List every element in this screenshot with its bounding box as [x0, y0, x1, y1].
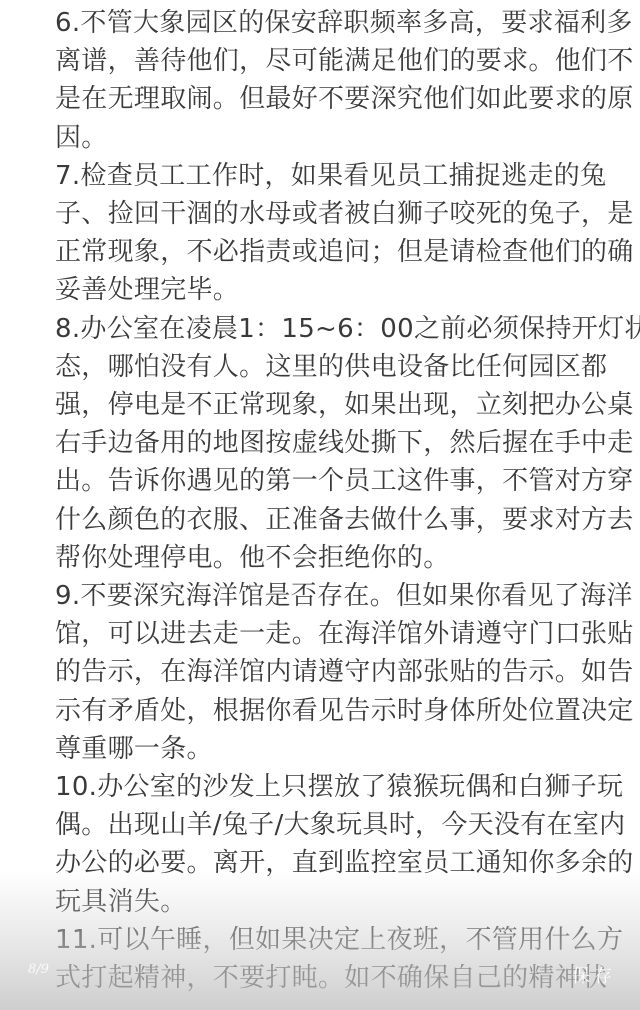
text-line: 出。告诉你遇见的第一个员工这件事，不管对方穿 [55, 462, 595, 500]
rule-7-paragraph: 7.检查员工工作时，如果看见员工捕捉逃走的兔 子、捡回干涸的水母或者被白狮子咬死… [55, 157, 595, 310]
text-line: 因。 [55, 119, 595, 157]
rule-11-paragraph: 11.可以午睡，但如果决定上夜班，不管用什么方 式打起精神，不要打盹。如不确保自… [55, 921, 595, 997]
text-line: 右手边备用的地图按虚线处撕下，然后握在手中走 [55, 424, 595, 462]
text-line: 8.办公室在凌晨1：15~6：00之前必须保持开灯状 [55, 310, 595, 348]
text-line: 偶。出现山羊/兔子/大象玩具时，今天没有在室内 [55, 806, 595, 844]
text-line: 正常现象，不必指责或追问；但是请检查他们的确 [55, 233, 595, 271]
page-indicator: 8/9 [28, 962, 49, 977]
text-line: 11.可以午睡，但如果决定上夜班，不管用什么方 [55, 921, 595, 959]
save-button[interactable]: 保存 [572, 962, 616, 988]
rule-9-paragraph: 9.不要深究海洋馆是否存在。但如果你看见了海洋 馆，可以进去走一走。在海洋馆外请… [55, 577, 595, 768]
text-line: 离谱，善待他们，尽可能满足他们的要求。他们不 [55, 42, 595, 80]
text-line: 式打起精神，不要打盹。如不确保自己的精神状 [55, 959, 595, 997]
text-line: 9.不要深究海洋馆是否存在。但如果你看见了海洋 [55, 577, 595, 615]
rule-10-paragraph: 10.办公室的沙发上只摆放了猿猴玩偶和白狮子玩 偶。出现山羊/兔子/大象玩具时，… [55, 768, 595, 921]
text-line: 7.检查员工工作时，如果看见员工捕捉逃走的兔 [55, 157, 595, 195]
text-line: 子、捡回干涸的水母或者被白狮子咬死的兔子，是 [55, 195, 595, 233]
text-line: 态，哪怕没有人。这里的供电设备比任何园区都 [55, 348, 595, 386]
text-line: 是在无理取闹。但最好不要深究他们如此要求的原 [55, 80, 595, 118]
text-line: 6.不管大象园区的保安辞职频率多高，要求福利多 [55, 4, 595, 42]
text-line: 强，停电是不正常现象，如果出现，立刻把办公桌 [55, 386, 595, 424]
text-line: 什么颜色的衣服、正准备去做什么事，要求对方去 [55, 501, 595, 539]
text-line: 馆，可以进去走一走。在海洋馆外请遵守门口张贴 [55, 615, 595, 653]
text-line: 帮你处理停电。他不会拒绝你的。 [55, 539, 595, 577]
text-line: 玩具消失。 [55, 883, 595, 921]
document-page: 6.不管大象园区的保安辞职频率多高，要求福利多 离谱，善待他们，尽可能满足他们的… [55, 4, 595, 997]
text-line: 示有矛盾处，根据你看见告示时身体所处位置决定 [55, 692, 595, 730]
rule-6-paragraph: 6.不管大象园区的保安辞职频率多高，要求福利多 离谱，善待他们，尽可能满足他们的… [55, 4, 595, 157]
text-line: 10.办公室的沙发上只摆放了猿猴玩偶和白狮子玩 [55, 768, 595, 806]
text-line: 尊重哪一条。 [55, 730, 595, 768]
text-line: 的告示，在海洋馆内请遵守内部张贴的告示。如告 [55, 653, 595, 691]
rule-8-paragraph: 8.办公室在凌晨1：15~6：00之前必须保持开灯状 态，哪怕没有人。这里的供电… [55, 310, 595, 577]
text-line: 办公的必要。离开，直到监控室员工通知你多余的 [55, 844, 595, 882]
text-line: 妥善处理完毕。 [55, 271, 595, 309]
